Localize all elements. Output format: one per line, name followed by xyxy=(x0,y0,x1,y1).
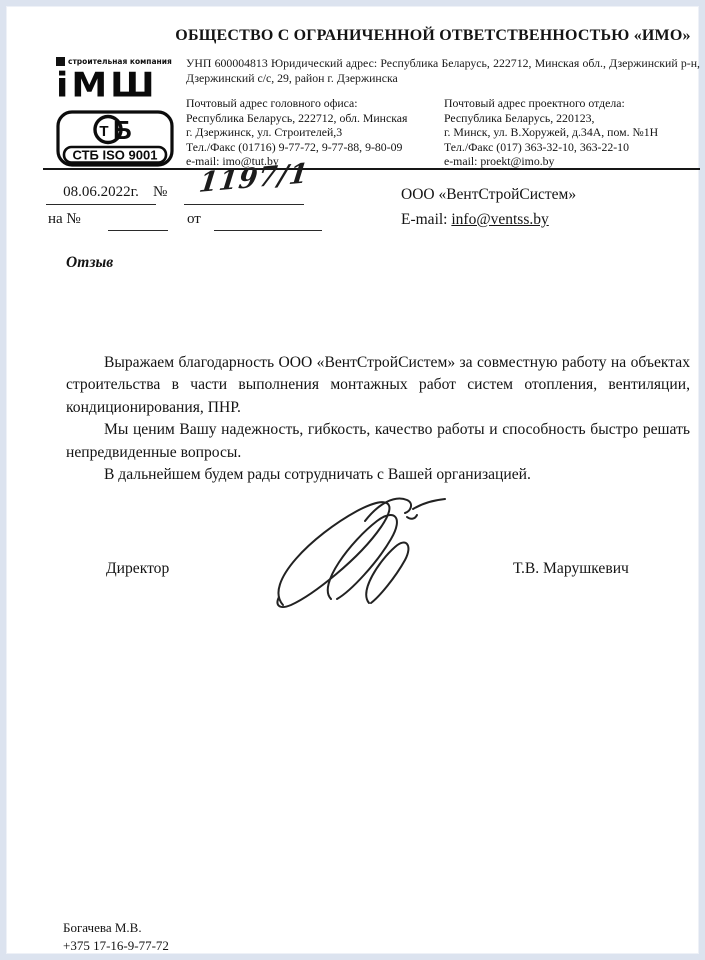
stb-iso-badge-icon: Т Б СТБ ISO 9001 xyxy=(56,110,174,167)
stb-emblem-b: Б xyxy=(113,115,132,145)
head-office-line: Республика Беларусь, 222712, обл. Минска… xyxy=(186,111,442,126)
recipient-email-link[interactable]: info@ventss.by xyxy=(451,211,548,228)
body-paragraph: Мы ценим Вашу надежность, гибкость, каче… xyxy=(66,419,690,464)
letter-date: 08.06.2022г. xyxy=(46,184,156,205)
number-label: № xyxy=(153,184,167,201)
letter-body: Выражаем благодарность ООО «ВентСтройСис… xyxy=(66,352,690,486)
head-office-address: Почтовый адрес головного офиса: Республи… xyxy=(186,96,442,169)
logo-tagline-row: строительная компания xyxy=(56,57,178,66)
header-divider xyxy=(43,168,700,170)
logo-tagline-text: строительная компания xyxy=(68,57,172,66)
reply-to-label: на № xyxy=(48,211,81,228)
email-label: E-mail: xyxy=(401,211,451,228)
signature-icon xyxy=(265,487,460,617)
signature-scribble xyxy=(265,487,460,617)
company-logo: строительная компания іМШ Т Б СТБ ISO 90… xyxy=(56,57,178,172)
project-office-email: e-mail: proekt@imo.by xyxy=(444,154,700,169)
reply-to-blank-line xyxy=(108,211,168,231)
stb-emblem-t: Т xyxy=(99,123,108,140)
project-office-line: г. Минск, ул. В.Хоружей, д.34А, пом. №1Н xyxy=(444,125,700,140)
logo-square-icon xyxy=(56,57,65,66)
executor-phone: +375 17-16-9-77-72 xyxy=(63,937,169,955)
from-label: от xyxy=(187,211,201,228)
stb-iso-badge: Т Б СТБ ISO 9001 xyxy=(56,110,178,172)
project-office-title: Почтовый адрес проектного отдела: xyxy=(444,96,700,111)
executor-contact: Богачева М.В. +375 17-16-9-77-72 xyxy=(63,919,169,954)
head-office-title: Почтовый адрес головного офиса: xyxy=(186,96,442,111)
head-office-line: Тел./Факс (01716) 9-77-72, 9-77-88, 9-80… xyxy=(186,140,442,155)
letterhead-info: УНП 600004813 Юридический адрес: Республ… xyxy=(186,56,700,169)
postal-addresses: Почтовый адрес головного офиса: Республи… xyxy=(186,96,700,169)
signatory-name: Т.В. Марушкевич xyxy=(513,560,629,578)
recipient-block: ООО «ВентСтройСистем» E-mail: info@vents… xyxy=(401,182,576,232)
scanned-letter: { "doc": { "title": "ОБЩЕСТВО С ОГРАНИЧЕ… xyxy=(0,0,705,960)
subject-line: Отзыв xyxy=(66,254,113,272)
project-office-line: Тел./Факс (017) 363-32-10, 363-22-10 xyxy=(444,140,700,155)
head-office-line: г. Дзержинск, ул. Строителей,3 xyxy=(186,125,442,140)
executor-name: Богачева М.В. xyxy=(63,919,169,937)
letter-page: ОБЩЕСТВО С ОГРАНИЧЕННОЙ ОТВЕТСТВЕННОСТЬЮ… xyxy=(6,6,699,954)
project-office-address: Почтовый адрес проектного отдела: Респуб… xyxy=(444,96,700,169)
logo-wordmark: іМШ xyxy=(56,67,178,105)
body-paragraph: Выражаем благодарность ООО «ВентСтройСис… xyxy=(66,352,690,419)
document-title: ОБЩЕСТВО С ОГРАНИЧЕННОЙ ОТВЕТСТВЕННОСТЬЮ… xyxy=(165,27,701,45)
body-paragraph: В дальнейшем будем рады сотрудничать с В… xyxy=(66,464,690,486)
stb-badge-label: СТБ ISO 9001 xyxy=(73,148,158,163)
legal-address: УНП 600004813 Юридический адрес: Республ… xyxy=(186,56,700,86)
from-blank-line xyxy=(214,211,322,231)
recipient-name: ООО «ВентСтройСистем» xyxy=(401,182,576,207)
signatory-position: Директор xyxy=(106,560,169,578)
project-office-line: Республика Беларусь, 220123, xyxy=(444,111,700,126)
recipient-email-row: E-mail: info@ventss.by xyxy=(401,207,576,232)
